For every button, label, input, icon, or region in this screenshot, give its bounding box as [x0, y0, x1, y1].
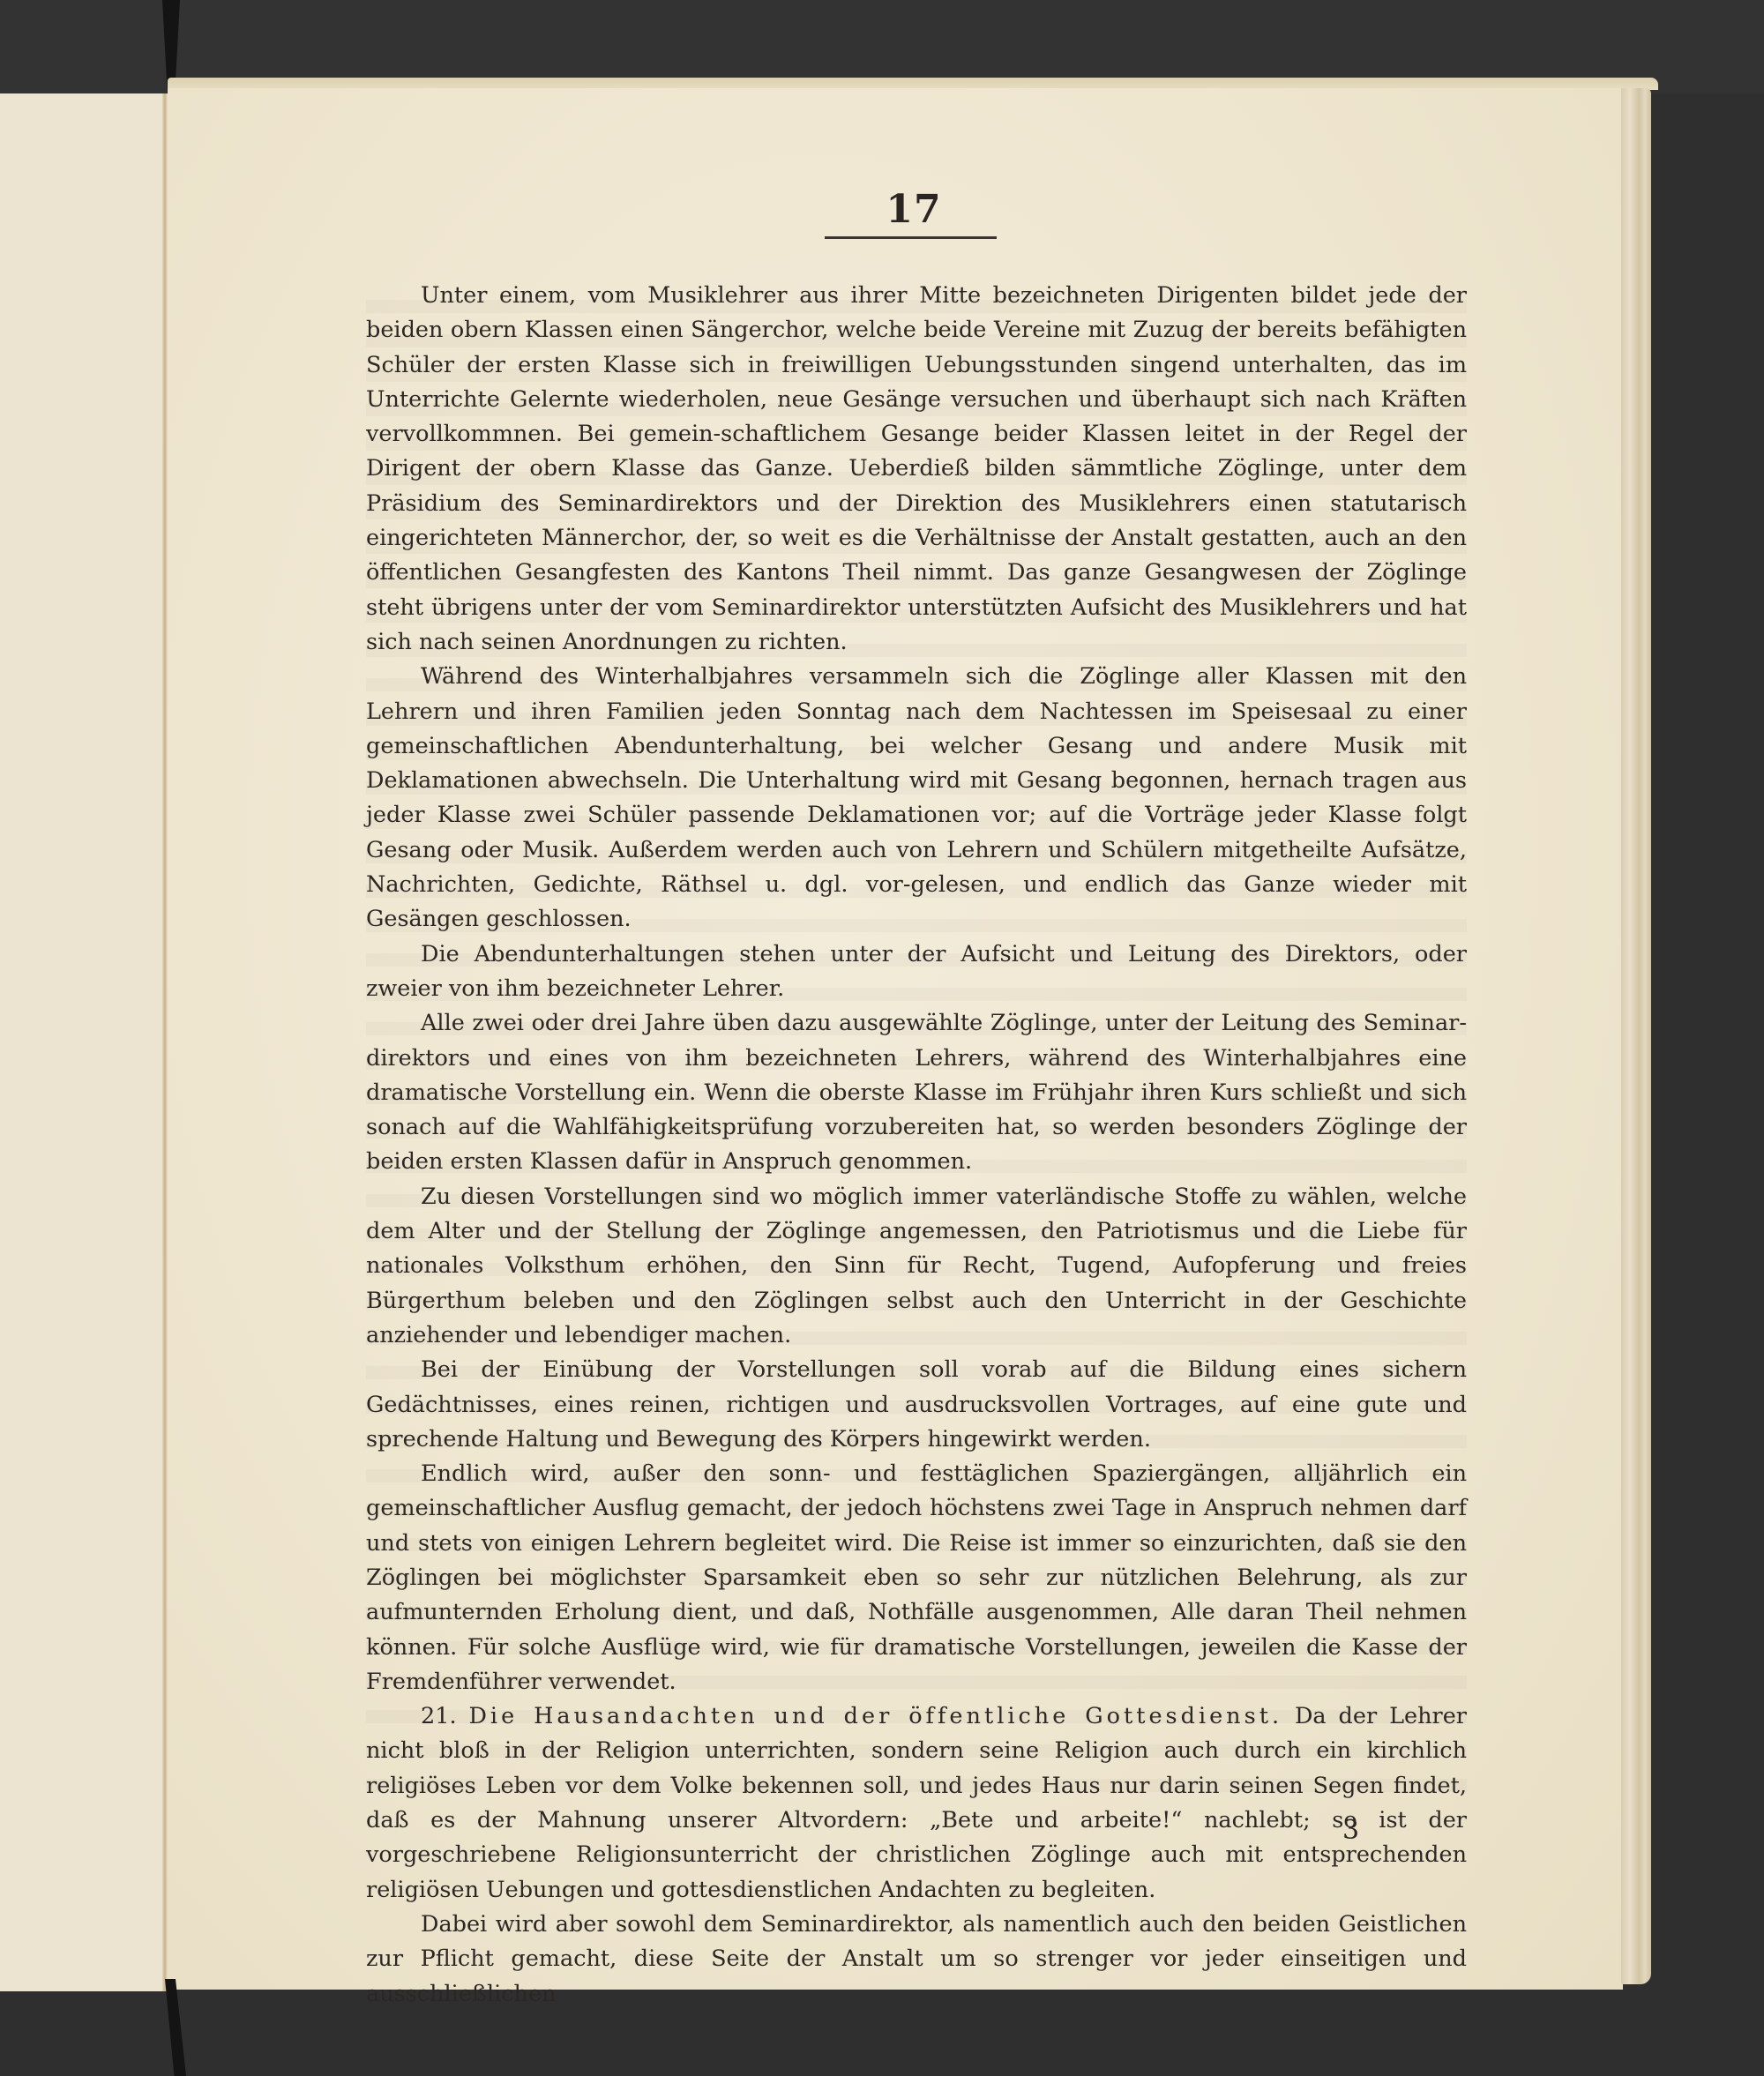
section-number: 21.: [421, 1703, 457, 1729]
page-number: 17: [32, 187, 1764, 232]
paragraph-supervision: Die Abendunterhaltungen stehen unter der…: [366, 937, 1467, 1007]
body-text: Unter einem, vom Musiklehrer aus ihrer M…: [366, 279, 1467, 2012]
signature-mark: 3: [1342, 1815, 1359, 1846]
paragraph-dramatic-performance: Alle zwei oder drei Jahre üben dazu ausg…: [366, 1006, 1467, 1179]
paragraph-evening-gatherings: Während des Winterhalbjahres versammeln …: [366, 660, 1467, 937]
paragraph-choir: Unter einem, vom Musiklehrer aus ihrer M…: [366, 279, 1467, 660]
section-heading: Die Hausandachten und der öffentliche Go…: [468, 1703, 1282, 1729]
paragraph-patriotic-subjects: Zu diesen Vorstellungen sind wo möglich …: [366, 1180, 1467, 1353]
header-rule: [825, 236, 997, 239]
paragraph-rehearsal: Bei der Einübung der Vorstellungen soll …: [366, 1353, 1467, 1457]
paragraph-section-21: 21. Die Hausandachten und der öffentlich…: [366, 1699, 1467, 1908]
section-body: Da der Lehrer nicht bloß in der Religion…: [366, 1703, 1467, 1902]
book-spine-bottom: [162, 1979, 189, 2076]
paragraph-clergy-duty: Dabei wird aber sowohl dem Seminardirekt…: [366, 1908, 1467, 2012]
book-gutter: [162, 93, 168, 1991]
facing-page-left: [0, 93, 167, 1991]
page-stack-edge: [1621, 88, 1651, 1984]
paragraph-excursion: Endlich wird, außer den sonn- und festtä…: [366, 1457, 1467, 1699]
